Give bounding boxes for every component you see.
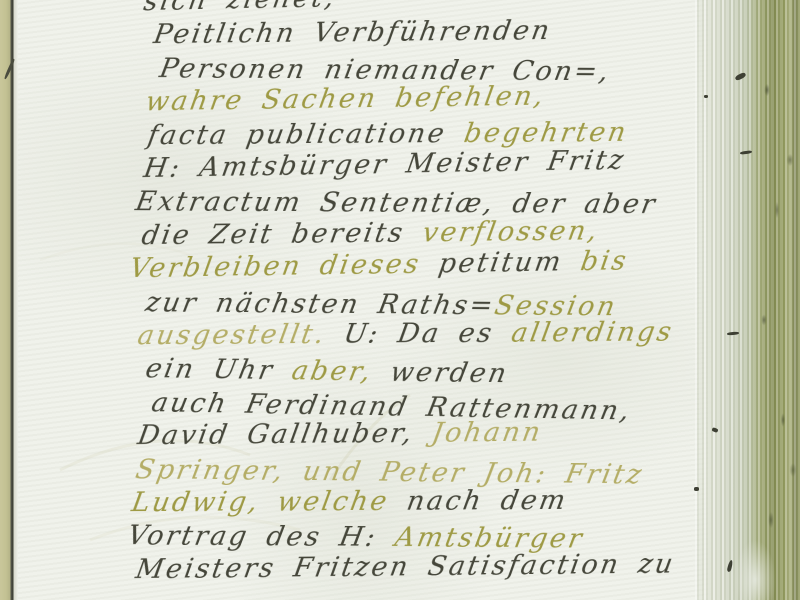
manuscript-scan: sich ziehet,Peitlichn VerbführendenPerso… bbox=[0, 0, 800, 600]
manuscript-text-segment: verflossen, bbox=[420, 215, 601, 248]
manuscript-text-segment: U: Da es bbox=[341, 317, 514, 349]
manuscript-text-segment: David Gallhuber, bbox=[135, 418, 434, 452]
manuscript-line: die Zeit bereits verflossen, bbox=[139, 215, 601, 251]
manuscript-text-segment: aber, bbox=[289, 355, 393, 387]
manuscript-line: David Gallhuber, Johann bbox=[135, 417, 545, 452]
manuscript-text-segment: ausgestellt. bbox=[135, 319, 346, 351]
manuscript-text-segment: ein Uhr bbox=[143, 353, 295, 386]
manuscript-text-segment: nach dem bbox=[404, 485, 570, 517]
manuscript-text-segment: facta publicatione bbox=[145, 117, 467, 150]
ink-speck bbox=[694, 487, 699, 491]
manuscript-line: wahre Sachen befehlen, bbox=[143, 81, 547, 118]
manuscript-text-segment: bis bbox=[578, 245, 630, 277]
manuscript-line: Verbleiben dieses petitum bis bbox=[128, 245, 631, 284]
manuscript-text-segment: die Zeit bereits bbox=[139, 217, 425, 251]
manuscript-line: Ludwig, welche nach dem bbox=[129, 485, 570, 518]
manuscript-text-segment: Meisters Fritzen Satisfaction zu bbox=[133, 548, 677, 585]
manuscript-text-segment: Peitlichn Verbführenden bbox=[151, 15, 554, 50]
manuscript-text-segment: begehrten bbox=[462, 116, 631, 148]
manuscript-lines: sich ziehet,Peitlichn VerbführendenPerso… bbox=[0, 0, 800, 600]
manuscript-text-segment: wahre Sachen befehlen, bbox=[143, 81, 547, 118]
manuscript-text-segment: zur nächsten Raths= bbox=[143, 287, 498, 321]
manuscript-text-segment: allerdings bbox=[509, 316, 676, 348]
ink-speck bbox=[704, 95, 708, 98]
manuscript-line: Peitlichn Verbführenden bbox=[151, 15, 554, 50]
manuscript-line: ausgestellt. U: Da es allerdings bbox=[135, 316, 676, 351]
manuscript-line: Meisters Fritzen Satisfaction zu bbox=[133, 548, 677, 585]
manuscript-text-segment: werden bbox=[388, 357, 512, 390]
manuscript-text-segment: Vortrag des H: bbox=[125, 520, 398, 553]
manuscript-line: sich ziehet, bbox=[142, 0, 339, 17]
manuscript-text-segment: sich ziehet, bbox=[142, 0, 339, 17]
fore-edge-mottling bbox=[695, 0, 800, 600]
manuscript-line: ein Uhr aber, werden bbox=[143, 353, 511, 389]
manuscript-text-segment: Ludwig, welche bbox=[129, 486, 409, 518]
fore-edge-band bbox=[695, 0, 800, 600]
manuscript-text-segment: Johann bbox=[429, 417, 545, 449]
manuscript-text-segment: Verbleiben dieses bbox=[128, 248, 442, 284]
manuscript-text-segment: petitum bbox=[436, 246, 583, 279]
